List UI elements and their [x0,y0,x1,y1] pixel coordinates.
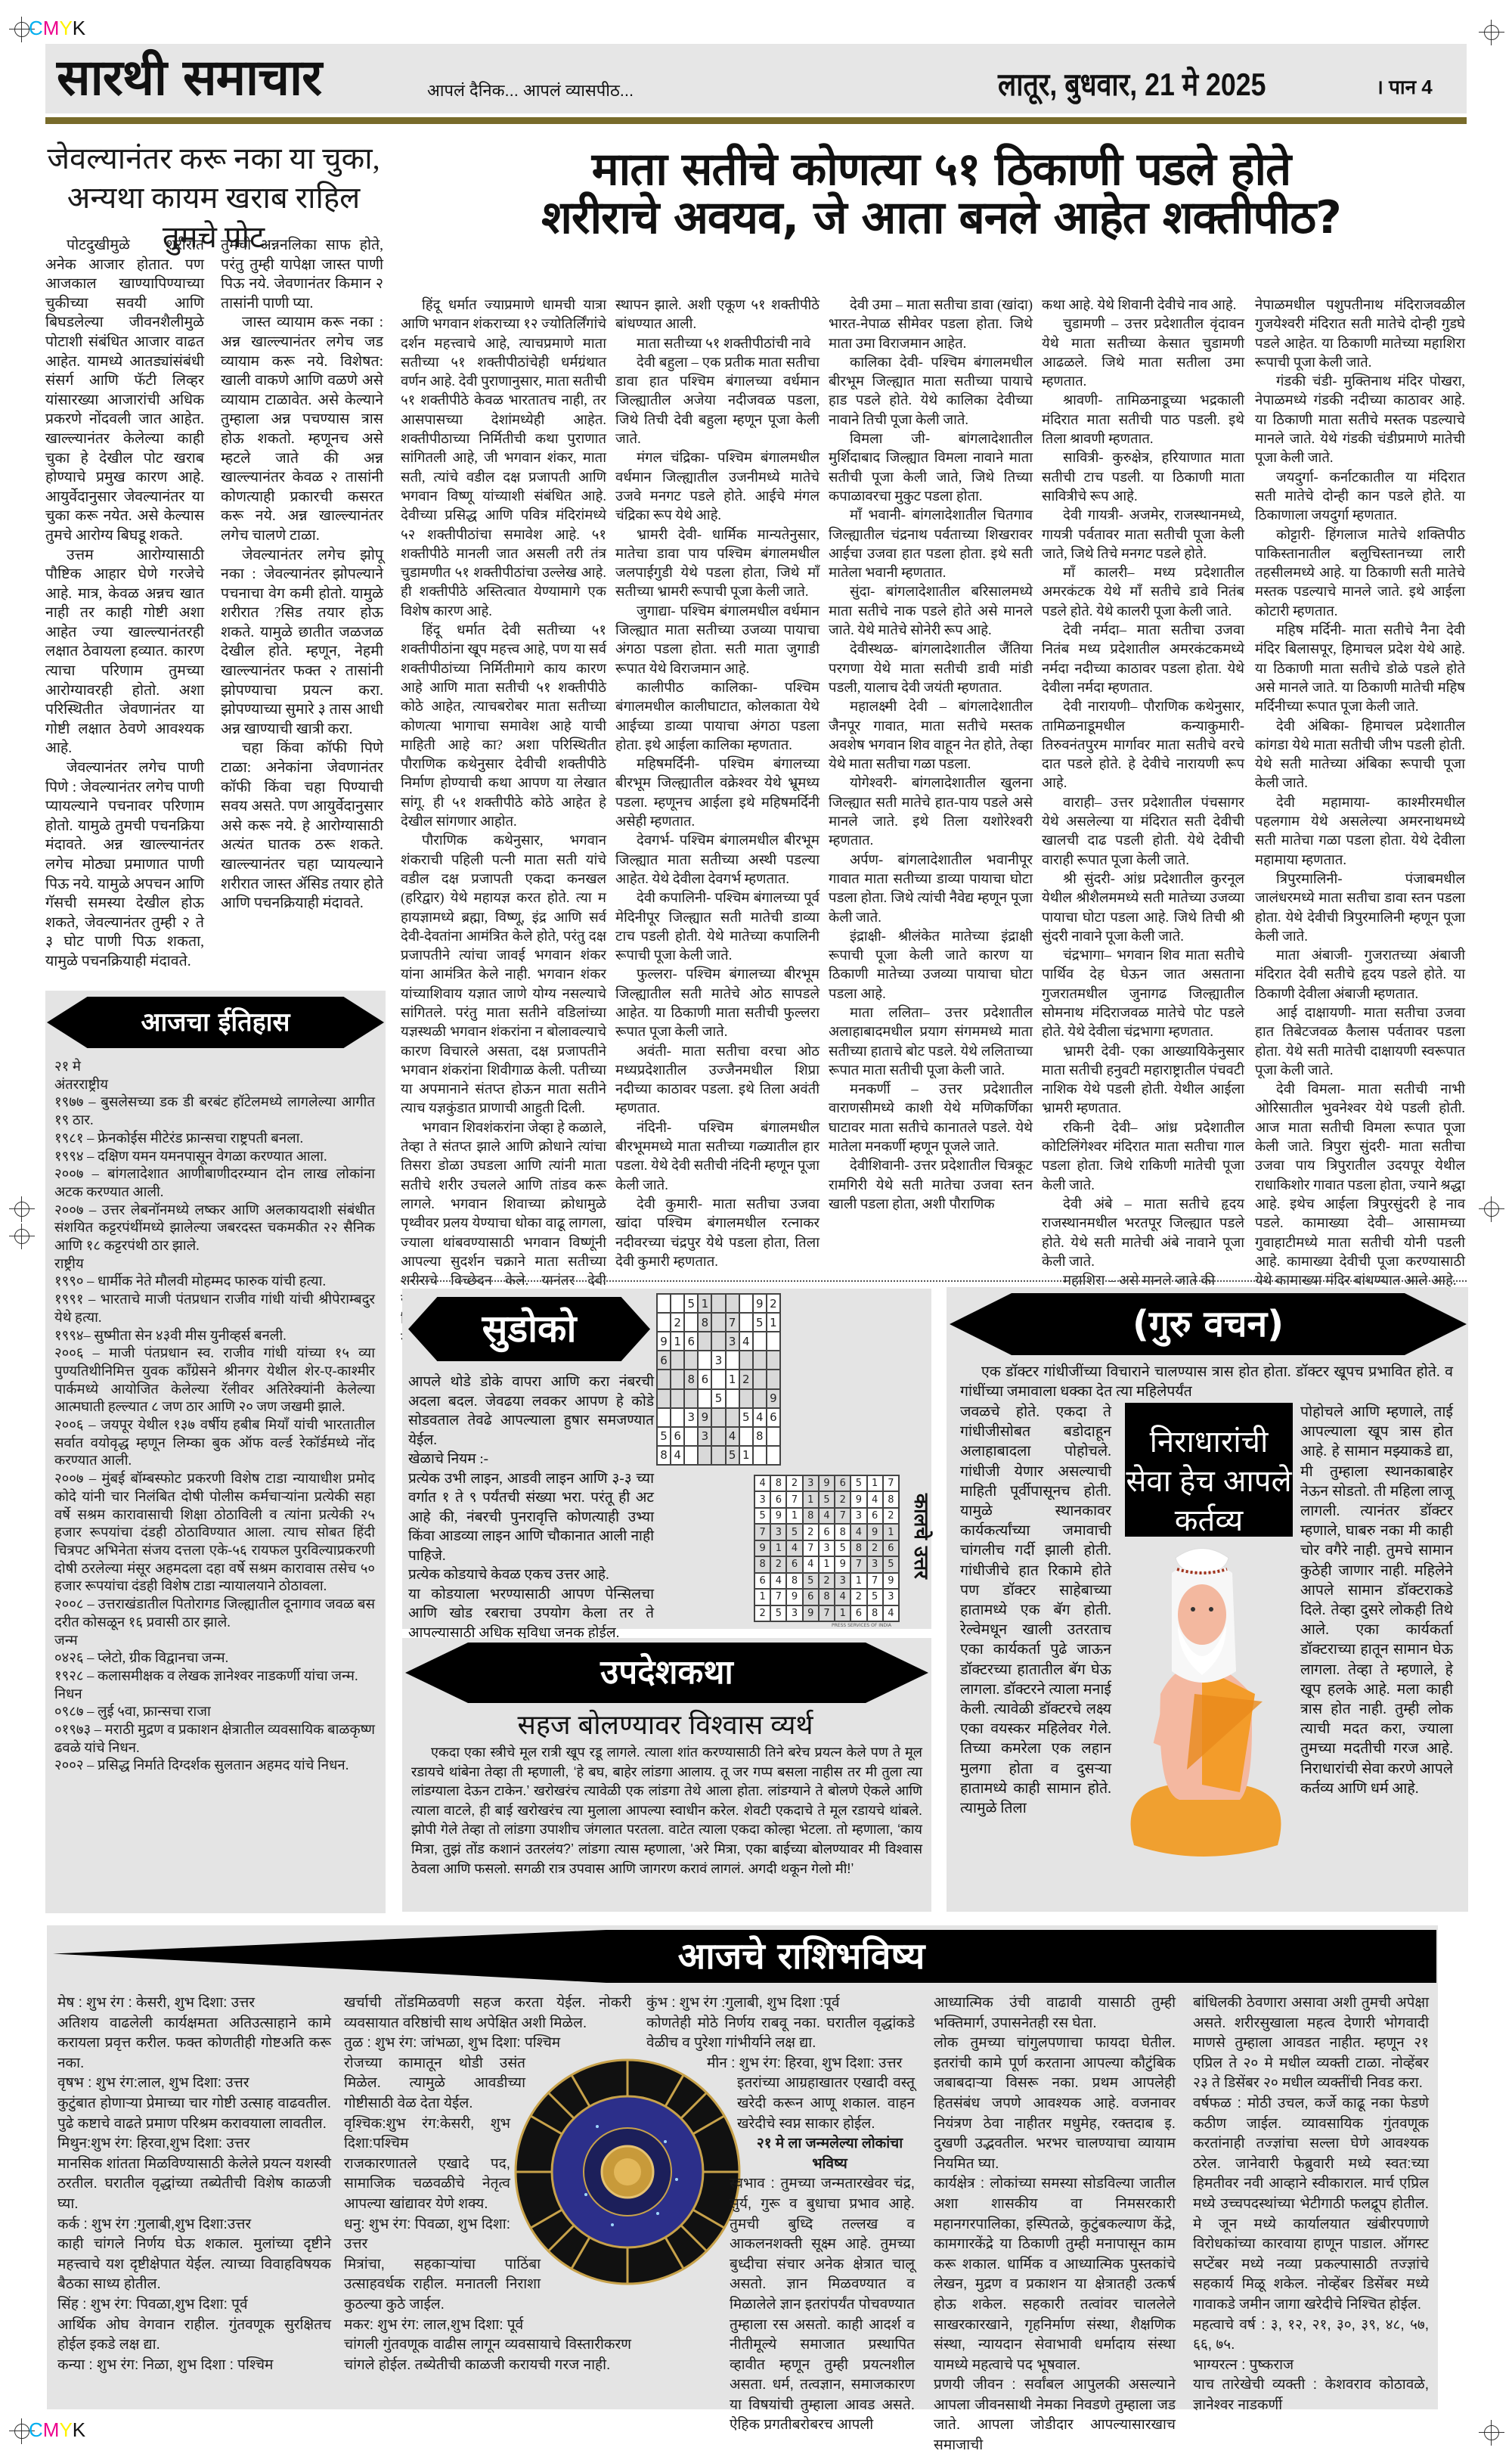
sudoku-cell: 4 [671,1446,684,1465]
sudoku-cell[interactable] [711,1332,725,1351]
masthead-rule [45,117,1467,124]
sudoku-cell: 5 [786,1524,802,1540]
registration-mark-icon [1479,20,1504,45]
sudoku-cell: 3 [850,1508,866,1524]
sudoku-cell: 9 [803,1605,819,1622]
sudoku-cell: 3 [770,1524,786,1540]
upadesh-title: सहज बोलण्यावर विश्वास व्यर्थ [408,1709,922,1741]
sudoku-cell: 5 [883,1556,899,1572]
sudoku-cell: 3 [786,1605,802,1622]
sage-illustration-icon [1089,1543,1315,1868]
sudoku-cell[interactable] [767,1446,780,1465]
sudoku-credit: PRESS SERVICES OF INDIA [832,1623,891,1628]
sudoku-cell: 5 [657,1427,671,1446]
sudoku-cell: 8 [754,1556,770,1572]
sudoku-cell: 4 [770,1573,786,1589]
sudoku-cell: 8 [698,1313,711,1332]
sudoku-cell: 9 [867,1524,883,1540]
sudoku-cell[interactable] [711,1427,725,1446]
sudoku-cell[interactable] [711,1294,725,1313]
sudoku-cell: 7 [883,1475,899,1491]
sudoku-answer-grid: 4823965173671529485918473627352684919147… [754,1475,900,1622]
sudoku-cell: 5 [867,1589,883,1605]
rashi-banner: आजचे राशिभविष्य [605,1930,998,1983]
sudoku-cell: 3 [883,1589,899,1605]
sudoku-cell[interactable] [753,1332,767,1351]
sudoku-cell: 5 [753,1313,767,1332]
registration-mark-icon [9,1224,35,1249]
sudoku-cell: 6 [883,1540,899,1556]
sudoku-cell[interactable] [726,1408,739,1427]
sudoku-cell: 6 [657,1351,671,1370]
sudoku-cell: 8 [753,1427,767,1446]
page-number: । पान 4 [1376,73,1433,100]
sudoku-cell: 5 [726,1446,739,1465]
sudoku-cell[interactable] [684,1313,698,1332]
sudoku-cell: 2 [850,1589,866,1605]
sudoku-cell[interactable] [684,1427,698,1446]
sudoku-cell: 6 [867,1508,883,1524]
sudoku-cell: 2 [767,1294,780,1313]
sudoku-cell[interactable] [657,1408,671,1427]
sudoku-cell: 9 [770,1508,786,1524]
sudoku-cell: 8 [803,1508,819,1524]
sudoku-cell: 1 [819,1556,835,1572]
sudoku-cell: 5 [835,1540,850,1556]
sudoku-cell[interactable] [711,1370,725,1388]
sudoku-cell[interactable] [726,1351,739,1370]
sudoku-cell: 2 [786,1475,802,1491]
sudoku-cell: 5 [770,1605,786,1622]
sudoku-cell: 9 [754,1540,770,1556]
sudoku-cell: 2 [671,1313,684,1332]
sudoku-cell: 7 [835,1508,850,1524]
history-list: २१ मे अंतरराष्ट्रीय १९७७ – बुसलेसच्या डक… [54,1059,375,1776]
sudoku-cell: 9 [850,1491,866,1507]
sudoku-cell[interactable] [671,1351,684,1370]
sudoku-cell: 3 [867,1556,883,1572]
sudoku-cell: 9 [819,1475,835,1491]
sudoku-cell: 2 [754,1605,770,1622]
sudoku-cell[interactable] [657,1313,671,1332]
sudoku-cell: 4 [754,1475,770,1491]
sudoku-cell: 9 [753,1294,767,1313]
sudoku-cell: 2 [819,1573,835,1589]
sudoku-cell: 7 [770,1589,786,1605]
sudoku-cell: 5 [850,1475,866,1491]
sudoku-cell: 7 [786,1491,802,1507]
sudoku-cell[interactable] [767,1370,780,1388]
sudoku-cell: 4 [786,1540,802,1556]
main-col-2: स्थापन झाले. अशी एकूण ५१ शक्तीपीठे बांधण… [615,296,820,1272]
sudoku-cell: 9 [786,1589,802,1605]
main-col-3: देवी उमा – माता सतीचा डावा (खांदा) भारत-… [829,296,1033,1214]
sudoku-cell[interactable] [684,1351,698,1370]
sudoku-cell[interactable] [657,1370,671,1388]
guru-quote-box: निराधारांची सेवा हेच आपले कर्तव्य [1125,1403,1293,1537]
sudoku-cell: 6 [850,1605,866,1622]
sudoku-cell[interactable] [698,1351,711,1370]
sudoku-cell[interactable] [657,1294,671,1313]
sudoku-cell[interactable] [671,1294,684,1313]
sudoku-cell[interactable] [739,1351,753,1370]
sudoku-cell: 5 [803,1573,819,1589]
sudoku-cell: 6 [803,1589,819,1605]
dateline: लातूर, बुधवार, 21 मे 2025 [998,62,1266,105]
sudoku-cell: 6 [754,1573,770,1589]
sudoku-cell: 1 [803,1491,819,1507]
sudoku-cell: 1 [767,1313,780,1332]
sudoku-cell: 3 [684,1408,698,1427]
sudoku-cell: 7 [819,1605,835,1622]
sudoku-cell: 4 [850,1524,866,1540]
sudoku-cell: 9 [883,1573,899,1589]
main-col-4: कथा आहे. येथे शिवानी देवीचे नाव आहे. चुड… [1042,296,1244,1291]
sudoku-cell: 6 [786,1556,802,1572]
history-banner: आजचा ईतिहास [47,997,384,1048]
sudoku-cell: 6 [684,1332,698,1351]
sudoku-cell[interactable] [753,1370,767,1388]
guru-vachan-intro: एक डॉक्टर गांधीजींच्या विचाराने चालण्यास… [960,1363,1453,1401]
cmyk-mark-top: CMYK [29,17,85,40]
sudoku-cell[interactable] [753,1446,767,1465]
sudoku-cell[interactable] [657,1389,671,1408]
sudoku-cell[interactable] [698,1332,711,1351]
sudoku-cell: 9 [657,1332,671,1351]
sudoku-cell: 5 [754,1508,770,1524]
sudoku-cell[interactable] [671,1408,684,1427]
sudoku-cell: 8 [657,1446,671,1465]
health-col-1: पोटदुखीमुळे शरीरात अनेक आजार होतात. पण आ… [45,236,204,972]
sudoku-puzzle-grid[interactable]: 519228751916346386125939546563488451 [656,1293,781,1466]
sudoku-cell[interactable] [739,1427,753,1446]
sudoku-answer-label: कालचे उत्तर [907,1494,934,1579]
sudoku-cell: 3 [803,1475,819,1491]
sudoku-cell: 4 [803,1556,819,1572]
sudoku-cell: 5 [739,1408,753,1427]
sudoku-cell: 5 [684,1294,698,1313]
sudoku-cell: 1 [835,1605,850,1622]
sudoku-cell: 1 [754,1589,770,1605]
rashi-col-1: मेष : शुभ रंग : केसरी, शुभ दिशा: उत्तर अ… [57,1993,331,2375]
sudoku-cell: 4 [867,1491,883,1507]
sudoku-cell[interactable] [767,1332,780,1351]
rashi-col-5: बांधिलकी ठेवणारा असावा अशी तुमची अपेक्षा… [1193,1993,1429,2415]
sudoku-cell: 3 [835,1573,850,1589]
upadesh-banner: उपदेशकथा [405,1643,928,1703]
sudoku-cell: 2 [803,1524,819,1540]
sudoku-cell: 6 [767,1408,780,1427]
sudoku-cell: 9 [698,1408,711,1427]
registration-mark-icon [9,1196,35,1222]
sudoku-cell: 8 [786,1573,802,1589]
upadesh-body: एकदा एका स्त्रीचे मूल रात्री खूप रडू लाग… [411,1743,922,1878]
sudoku-cell: 7 [726,1313,739,1332]
sudoku-cell: 6 [770,1491,786,1507]
sudoku-cell: 3 [698,1427,711,1446]
sudoku-cell: 7 [754,1524,770,1540]
sudoku-cell: 1 [786,1508,802,1524]
sudoku-cell: 1 [698,1294,711,1313]
sudoku-cell[interactable] [739,1389,753,1408]
sudoku-banner: सुडोको [408,1297,650,1361]
sudoku-cell: 6 [819,1524,835,1540]
sudoku-cell[interactable] [698,1446,711,1465]
sudoku-cell: 6 [671,1427,684,1446]
guru-vachan-banner: (गुरु वचन) [950,1293,1467,1355]
sudoku-cell: 5 [711,1389,725,1408]
sudoku-cell[interactable] [711,1446,725,1465]
sudoku-cell: 1 [671,1332,684,1351]
sudoku-cell: 1 [850,1573,866,1589]
sudoku-cell: 8 [835,1524,850,1540]
sudoku-cell: 3 [754,1491,770,1507]
sudoku-cell[interactable] [726,1389,739,1408]
sudoku-cell: 2 [770,1556,786,1572]
cmyk-mark-bottom: CMYK [29,2418,85,2442]
sudoku-cell: 2 [867,1540,883,1556]
sudoku-cell[interactable] [698,1389,711,1408]
sudoku-cell: 6 [835,1475,850,1491]
sudoku-cell[interactable] [753,1351,767,1370]
main-headline: माता सतीचे कोणत्या ५१ ठिकाणी पडले होते श… [401,145,1482,242]
main-col-1: हिंदू धर्मात ज्याप्रमाणे धामची यात्रा आण… [401,296,606,1348]
sudoku-cell: 4 [726,1427,739,1446]
sudoku-cell[interactable] [739,1294,753,1313]
sudoku-cell[interactable] [671,1389,684,1408]
rashi-col-3: कुंभ : शुभ रंग :गुलाबी, शुभ दिशा :पूर्व … [646,1993,915,2436]
sudoku-cell: 3 [711,1351,725,1370]
sudoku-cell[interactable] [739,1313,753,1332]
section-divider [401,1280,1467,1282]
sudoku-cell: 8 [867,1605,883,1622]
registration-mark-icon [1479,1196,1504,1222]
sudoku-cell[interactable] [767,1351,780,1370]
sudoku-cell[interactable] [671,1370,684,1388]
sudoku-cell[interactable] [726,1294,739,1313]
sudoku-cell: 4 [753,1408,767,1427]
sudoku-cell: 1 [883,1524,899,1540]
sudoku-cell: 2 [835,1491,850,1507]
sudoku-cell: 4 [819,1508,835,1524]
sudoku-cell[interactable] [711,1408,725,1427]
sudoku-cell: 4 [883,1605,899,1622]
sudoku-cell: 8 [850,1540,866,1556]
sudoku-cell: 7 [867,1573,883,1589]
sudoku-cell[interactable] [684,1389,698,1408]
sudoku-cell: 1 [770,1540,786,1556]
sudoku-cell: 1 [726,1370,739,1388]
sudoku-cell[interactable] [767,1427,780,1446]
sudoku-cell: 7 [803,1540,819,1556]
sudoku-cell: 2 [739,1370,753,1388]
sudoku-cell: 3 [819,1540,835,1556]
sudoku-cell: 1 [739,1446,753,1465]
guru-vachan-right-text: पोहोचले आणि म्हणाले, ताई आपल्याला खूप त्… [1300,1403,1453,1799]
sudoku-cell: 8 [883,1491,899,1507]
sudoku-cell: 8 [684,1370,698,1388]
sudoku-cell: 9 [835,1556,850,1572]
sudoku-cell: 5 [819,1491,835,1507]
sudoku-cell: 4 [739,1332,753,1351]
rashi-col-4: आध्यात्मिक उंची वाढावी यासाठी तुम्ही भक्… [934,1993,1176,2456]
registration-mark-icon [1479,2420,1504,2446]
sudoku-cell[interactable] [684,1446,698,1465]
health-col-2: तुमची अन्ननलिका साफ होते, परंतु तुम्ही य… [221,236,383,914]
sudoku-cell[interactable] [753,1389,767,1408]
sudoku-cell: 3 [726,1332,739,1351]
sudoku-cell: 8 [770,1475,786,1491]
sudoku-cell: 2 [883,1508,899,1524]
sudoku-cell: 4 [835,1589,850,1605]
sudoku-cell: 1 [867,1475,883,1491]
newspaper-title: सारथी समाचार [57,45,321,110]
sudoku-cell: 8 [819,1589,835,1605]
sudoku-cell: 9 [767,1389,780,1408]
sudoku-cell: 6 [698,1370,711,1388]
newspaper-tagline: आपलं दैनिक... आपलं व्यासपीठ... [427,79,634,101]
sudoku-cell: 7 [850,1556,866,1572]
sudoku-cell[interactable] [711,1313,725,1332]
main-col-5: नेपाळमधील पशुपतीनाथ मंदिराजवळील गुजयेश्व… [1255,296,1465,1291]
sudoku-instructions: आपले थोडे डोके वापरा आणि करा नंबरची अदला… [408,1373,654,1643]
